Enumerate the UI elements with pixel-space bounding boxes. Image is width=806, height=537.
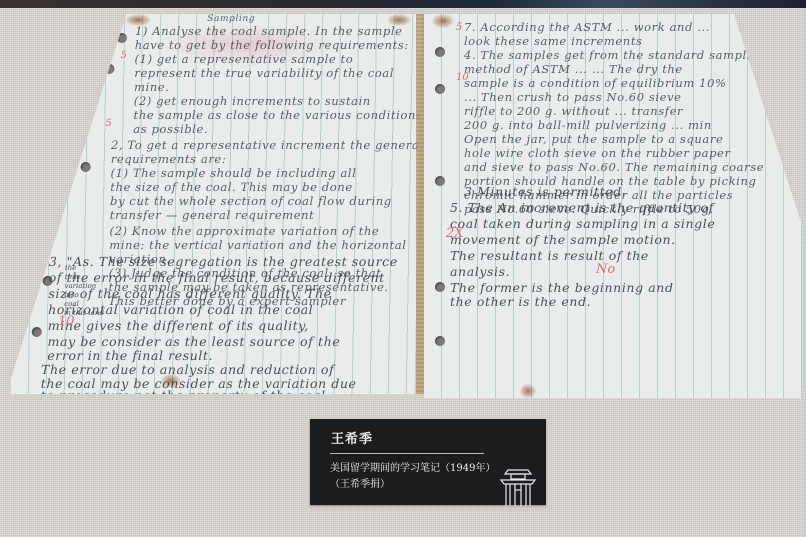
note-line: 7. According the ASTM ... work and ...	[464, 20, 710, 34]
binder-hole	[435, 336, 445, 346]
note-line: 4. The samples get from the standard sam…	[464, 48, 767, 62]
binder-hole	[435, 47, 445, 57]
note-line: (2) Know the approximate variation of th…	[109, 224, 379, 238]
placard-divider	[330, 453, 484, 454]
notebook-page-right: 7. According the ASTM ... work and ... l…	[424, 14, 802, 398]
red-grade-mark: 5	[120, 50, 127, 61]
note-line: may be consider as the least source of t…	[47, 334, 340, 349]
margin-annotation: the time variation also coal in this lan…	[64, 264, 105, 318]
red-grade-mark: 2X	[446, 226, 464, 241]
note-line: represent the true variability of the co…	[134, 66, 394, 80]
red-grade-mark: No	[596, 262, 615, 277]
note-line: error in the final result.	[47, 348, 213, 363]
note-line: analysis.	[450, 264, 510, 279]
note-line: (1) get a representative sample to	[134, 52, 353, 66]
binder-hole	[435, 176, 445, 186]
binder-hole	[81, 162, 91, 172]
margin-word: also	[64, 291, 78, 299]
note-line: have to get by the following requirement…	[135, 38, 409, 52]
note-line: 200 g. into ball-mill pulverizing ... mi…	[464, 118, 712, 132]
note-line: the sample as close to the various condi…	[133, 108, 421, 122]
note-line: mine gives the different of its quality,	[48, 318, 309, 333]
red-grade-mark: 10	[58, 314, 75, 329]
note-line: by cut the whole section of coal flow du…	[110, 194, 392, 208]
binder-hole	[32, 327, 42, 337]
note-line: 2, To get a representative increment the…	[111, 138, 421, 152]
note-line: look these same increments	[464, 34, 643, 48]
note-line: transfer — general requirement	[110, 208, 315, 222]
note-line: sample is a condition of equilibrium 10%	[464, 76, 727, 90]
note-line: mine: the vertical variation and the hor…	[109, 238, 406, 252]
placard-name: 王希季	[331, 428, 373, 447]
rust-stain	[520, 384, 536, 398]
red-grade-mark: 5	[105, 118, 112, 129]
note-line: and sieve to pass No.60. The remaining c…	[464, 160, 764, 174]
note-line: to procedure not the property of the coa…	[41, 388, 331, 394]
note-line: mine.	[134, 80, 170, 94]
margin-word: the	[65, 264, 77, 272]
note-line: The resultant is result of the	[450, 248, 649, 263]
note-line: the size of the coal. This may be done	[110, 180, 353, 194]
margin-word: variation	[64, 282, 96, 290]
margin-word: coal	[64, 300, 79, 308]
binder-hole	[435, 84, 445, 94]
note-line: hole wire cloth sieve on the rubber pape…	[464, 146, 731, 160]
note-line: method of ASTM ... ... The dry the	[464, 62, 683, 76]
note-line: (1) The sample should be including all	[110, 166, 356, 180]
exhibit-placard: 王希季 美国留学期间的学习笔记（1949年） （王希季捐）	[310, 419, 546, 505]
note-line: requirements are:	[111, 152, 227, 166]
placard-description: 美国留学期间的学习笔记（1949年） （王希季捐）	[330, 461, 495, 493]
red-grade-mark: 5	[456, 22, 462, 33]
note-line: The error due to analysis and reduction …	[41, 362, 334, 377]
note-line: coal taken during sampling in a single	[450, 216, 715, 231]
note-line: ... Then crush to pass No.60 sieve	[464, 90, 682, 104]
note-line: (2) get enough increments to sustain	[134, 94, 371, 108]
note-line: movement of the sample motion.	[450, 232, 676, 247]
placard-description-line-2: （王希季捐）	[330, 477, 495, 493]
note-line: Open the jar, put the sample to a square	[464, 132, 723, 146]
red-grade-mark: 10	[456, 72, 469, 83]
gate-building-icon	[498, 464, 538, 506]
note-line: riffle to 200 g. without ... transfer	[464, 104, 683, 118]
note-line: The former is the beginning and	[450, 280, 674, 295]
note-line: as possible.	[133, 122, 208, 136]
binder-hole	[435, 282, 445, 292]
display-case-top-edge	[0, 0, 806, 8]
note-line: 5. The An increment is the quantity of	[450, 200, 714, 215]
placard-description-line-1: 美国留学期间的学习笔记（1949年）	[330, 461, 495, 477]
rust-stain	[432, 14, 454, 28]
note-line: the other is the end.	[450, 294, 591, 309]
margin-word: time	[65, 273, 81, 281]
page-heading: Sampling	[207, 14, 255, 24]
note-line: 3 Minutes is permitted.	[464, 184, 626, 199]
note-line: 1) Analyse the coal sample. In the sampl…	[135, 24, 403, 38]
